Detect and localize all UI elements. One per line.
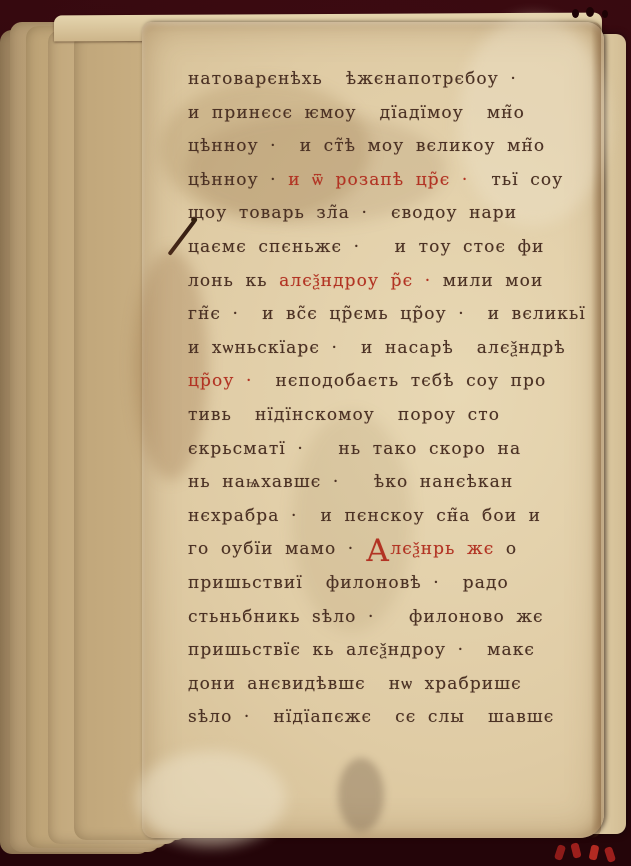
book-photo: натоварєнѣхь ѣжєнапотрєбоу ·и принєсє ѥм… xyxy=(0,0,631,866)
manuscript-line: ѕѣло · нїдїапєжє сє слы шавшє xyxy=(188,701,580,735)
page-curl-shadow xyxy=(591,22,601,838)
cover-mark xyxy=(602,10,608,18)
text-segment: натоварєнѣхь ѣжєнапотрєбоу · xyxy=(188,69,517,89)
text-segment: дони анєвидѣвшє нѡ храбришє xyxy=(188,674,522,694)
manuscript-line: лонь кь алєѯндроу р̃є · мили мои xyxy=(188,265,580,299)
manuscript-line: нєхрабра · и пєнскоу сн̃а бои и xyxy=(188,500,580,534)
rubric-text-segment: алєѯндроу р̃є · xyxy=(279,271,431,291)
manuscript-line: гн̃є · и вс̃є цр̃ємь цр̃оу · и вєликьї xyxy=(188,298,580,332)
text-segment: тивь нїдїнскомоу пороу сто xyxy=(188,405,500,425)
text-segment: щоу товарь зл̃а · єводоу нари xyxy=(188,203,517,223)
cover-mark xyxy=(572,9,579,18)
text-segment: нєподобаєть тєбѣ соу про xyxy=(252,371,546,391)
rubric-text-segment: А xyxy=(366,533,391,569)
text-segment: и принєсє ѥмоу дїадїмоу мн̃о xyxy=(188,103,525,123)
worn-corner xyxy=(136,751,286,846)
text-segment: пришьствиї филоновѣ · радо xyxy=(188,573,509,593)
manuscript-line: тивь нїдїнскомоу пороу сто xyxy=(188,399,580,433)
text-segment: и хѡньскїарє · и насарѣ алєѯндрѣ xyxy=(188,338,566,358)
text-segment: пришьствїє кь алєѯндроу · макє xyxy=(188,640,535,660)
manuscript-line: цаємє спєньжє · и тоу стоє фи xyxy=(188,231,580,265)
text-segment: цѣнноу · и ст̃ѣ моу вєликоу мн̃о xyxy=(188,136,545,156)
text-segment: цѣнноу · xyxy=(188,170,288,190)
manuscript-line: цѣнноу · и ст̃ѣ моу вєликоу мн̃о xyxy=(188,130,580,164)
rubric-text-segment: лєѯнрь жє xyxy=(390,539,494,559)
manuscript-line: єкрьсматї · нь тако скоро на xyxy=(188,433,580,467)
manuscript-line: дони анєвидѣвшє нѡ храбришє xyxy=(188,668,580,702)
text-segment: нь наѩхавшє · ѣко нанєѣкан xyxy=(188,472,513,492)
text-segment: лонь кь xyxy=(188,271,279,291)
manuscript-line: нь наѩхавшє · ѣко нанєѣкан xyxy=(188,466,580,500)
text-segment: мили мои xyxy=(431,271,543,291)
endband-stitch xyxy=(554,844,566,861)
text-segment: гн̃є · и вс̃є цр̃ємь цр̃оу · и вєликьї xyxy=(188,304,586,324)
manuscript-line: цр̃оу · нєподобаєть тєбѣ соу про xyxy=(188,365,580,399)
text-segment: ѕѣло · нїдїапєжє сє слы шавшє xyxy=(188,707,554,727)
manuscript-line: стьньбникь ѕѣло · филоново жє xyxy=(188,601,580,635)
parchment-smudge xyxy=(338,758,384,832)
text-segment: нєхрабра · и пєнскоу сн̃а бои и xyxy=(188,506,541,526)
manuscript-line: го оубїи мамо · Алєѯнрь жє о xyxy=(188,533,580,567)
text-segment: стьньбникь ѕѣло · филоново жє xyxy=(188,607,544,627)
rubric-text-segment: и ѿ розапѣ цр̃є · xyxy=(288,170,468,190)
text-segment: цаємє спєньжє · и тоу стоє фи xyxy=(188,237,544,257)
manuscript-line: пришьствиї филоновѣ · радо xyxy=(188,567,580,601)
manuscript-line: щоу товарь зл̃а · єводоу нари xyxy=(188,197,580,231)
endband-stitch xyxy=(589,844,600,860)
manuscript-line: и принєсє ѥмоу дїадїмоу мн̃о xyxy=(188,97,580,131)
text-segment: тьї соу xyxy=(468,170,563,190)
text-segment: єкрьсматї · нь тако скоро на xyxy=(188,439,521,459)
manuscript-line: пришьствїє кь алєѯндроу · макє xyxy=(188,634,580,668)
cover-mark xyxy=(586,7,594,17)
endband-stitch xyxy=(604,846,616,863)
manuscript-line: натоварєнѣхь ѣжєнапотрєбоу · xyxy=(188,63,580,97)
rubric-text-segment: цр̃оу · xyxy=(188,371,252,391)
text-segment: о xyxy=(494,539,517,559)
manuscript-line: цѣнноу · и ѿ розапѣ цр̃є · тьї соу xyxy=(188,164,580,198)
text-lines: натоварєнѣхь ѣжєнапотрєбоу ·и принєсє ѥм… xyxy=(188,63,580,735)
text-segment: го оубїи мамо · xyxy=(188,539,366,559)
manuscript-line: и хѡньскїарє · и насарѣ алєѯндрѣ xyxy=(188,332,580,366)
endband-stitch xyxy=(570,842,581,858)
